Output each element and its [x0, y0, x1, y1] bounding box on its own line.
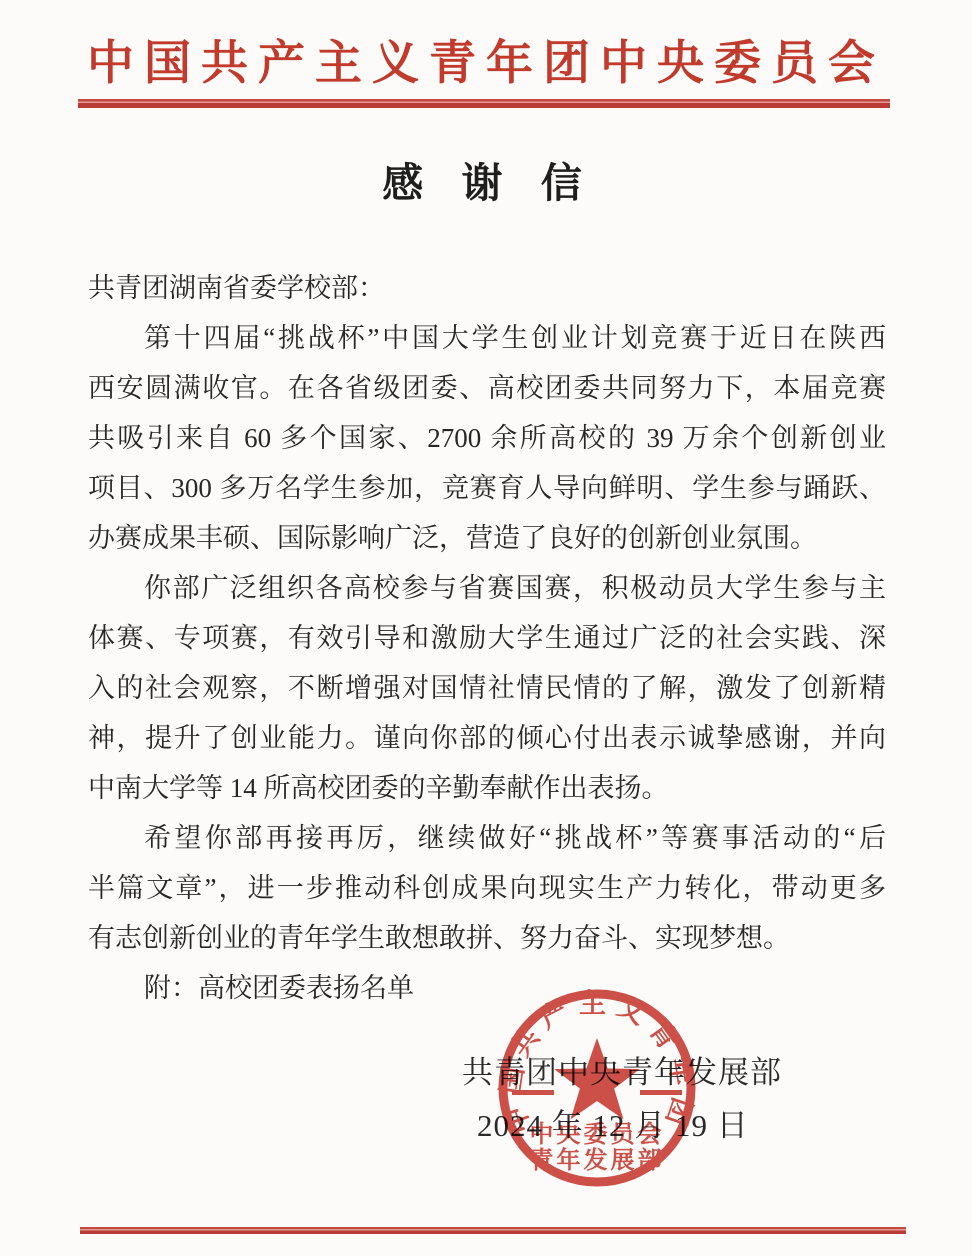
letter-page: 中国共产主义青年团中央委员会 感 谢 信 共青团湖南省委学校部： 第十四届“挑战…	[0, 0, 972, 1256]
body-line: 希望你部再接再厉，继续做好“挑战杯”等赛事活动的“后	[88, 813, 886, 863]
letterhead-rule	[78, 99, 890, 108]
body-line: 半篇文章”，进一步推动科创成果向现实生产力转化，带动更多	[88, 863, 886, 913]
letter-title: 感 谢 信	[0, 150, 972, 209]
body-line: 体赛、专项赛，有效引导和激励大学生通过广泛的社会实践、深	[88, 613, 886, 663]
date-line: 2024 年 12 月 19 日	[477, 1100, 749, 1145]
seal-center-line2: 青年发展部	[530, 1146, 665, 1174]
body-line: 入的社会观察，不断增强对国情社情民情的了解，激发了创新精	[88, 663, 886, 713]
attachment-note: 附：高校团委表扬名单	[88, 963, 886, 1013]
signature-org: 共青团中央青年发展部	[462, 1047, 782, 1092]
body-line: 有志创新创业的青年学生敢想敢拼、努力奋斗、实现梦想。	[88, 913, 886, 963]
letter-body: 共青团湖南省委学校部： 第十四届“挑战杯”中国大学生创业计划竞赛于近日在陕西 西…	[88, 263, 886, 1013]
body-line: 第十四届“挑战杯”中国大学生创业计划竞赛于近日在陕西	[88, 313, 886, 363]
body-line: 你部广泛组织各高校参与省赛国赛，积极动员大学生参与主	[88, 563, 886, 613]
body-line: 西安圆满收官。在各省级团委、高校团委共同努力下，本届竞赛	[88, 363, 886, 413]
body-line: 共吸引来自 60 多个国家、2700 余所高校的 39 万余个创新创业	[88, 413, 886, 463]
body-line: 神，提升了创业能力。谨向你部的倾心付出表示诚挚感谢，并向	[88, 713, 886, 763]
body-line: 办赛成果丰硕、国际影响广泛，营造了良好的创新创业氛围。	[88, 513, 886, 563]
footer-rule	[80, 1227, 906, 1234]
body-line: 中南大学等 14 所高校团委的辛勤奉献作出表扬。	[88, 763, 886, 813]
letterhead-org-name: 中国共产主义青年团中央委员会	[0, 26, 972, 93]
salutation: 共青团湖南省委学校部：	[88, 263, 886, 313]
body-line: 项目、300 多万名学生参加，竞赛育人导向鲜明、学生参与踊跃、	[88, 463, 886, 513]
